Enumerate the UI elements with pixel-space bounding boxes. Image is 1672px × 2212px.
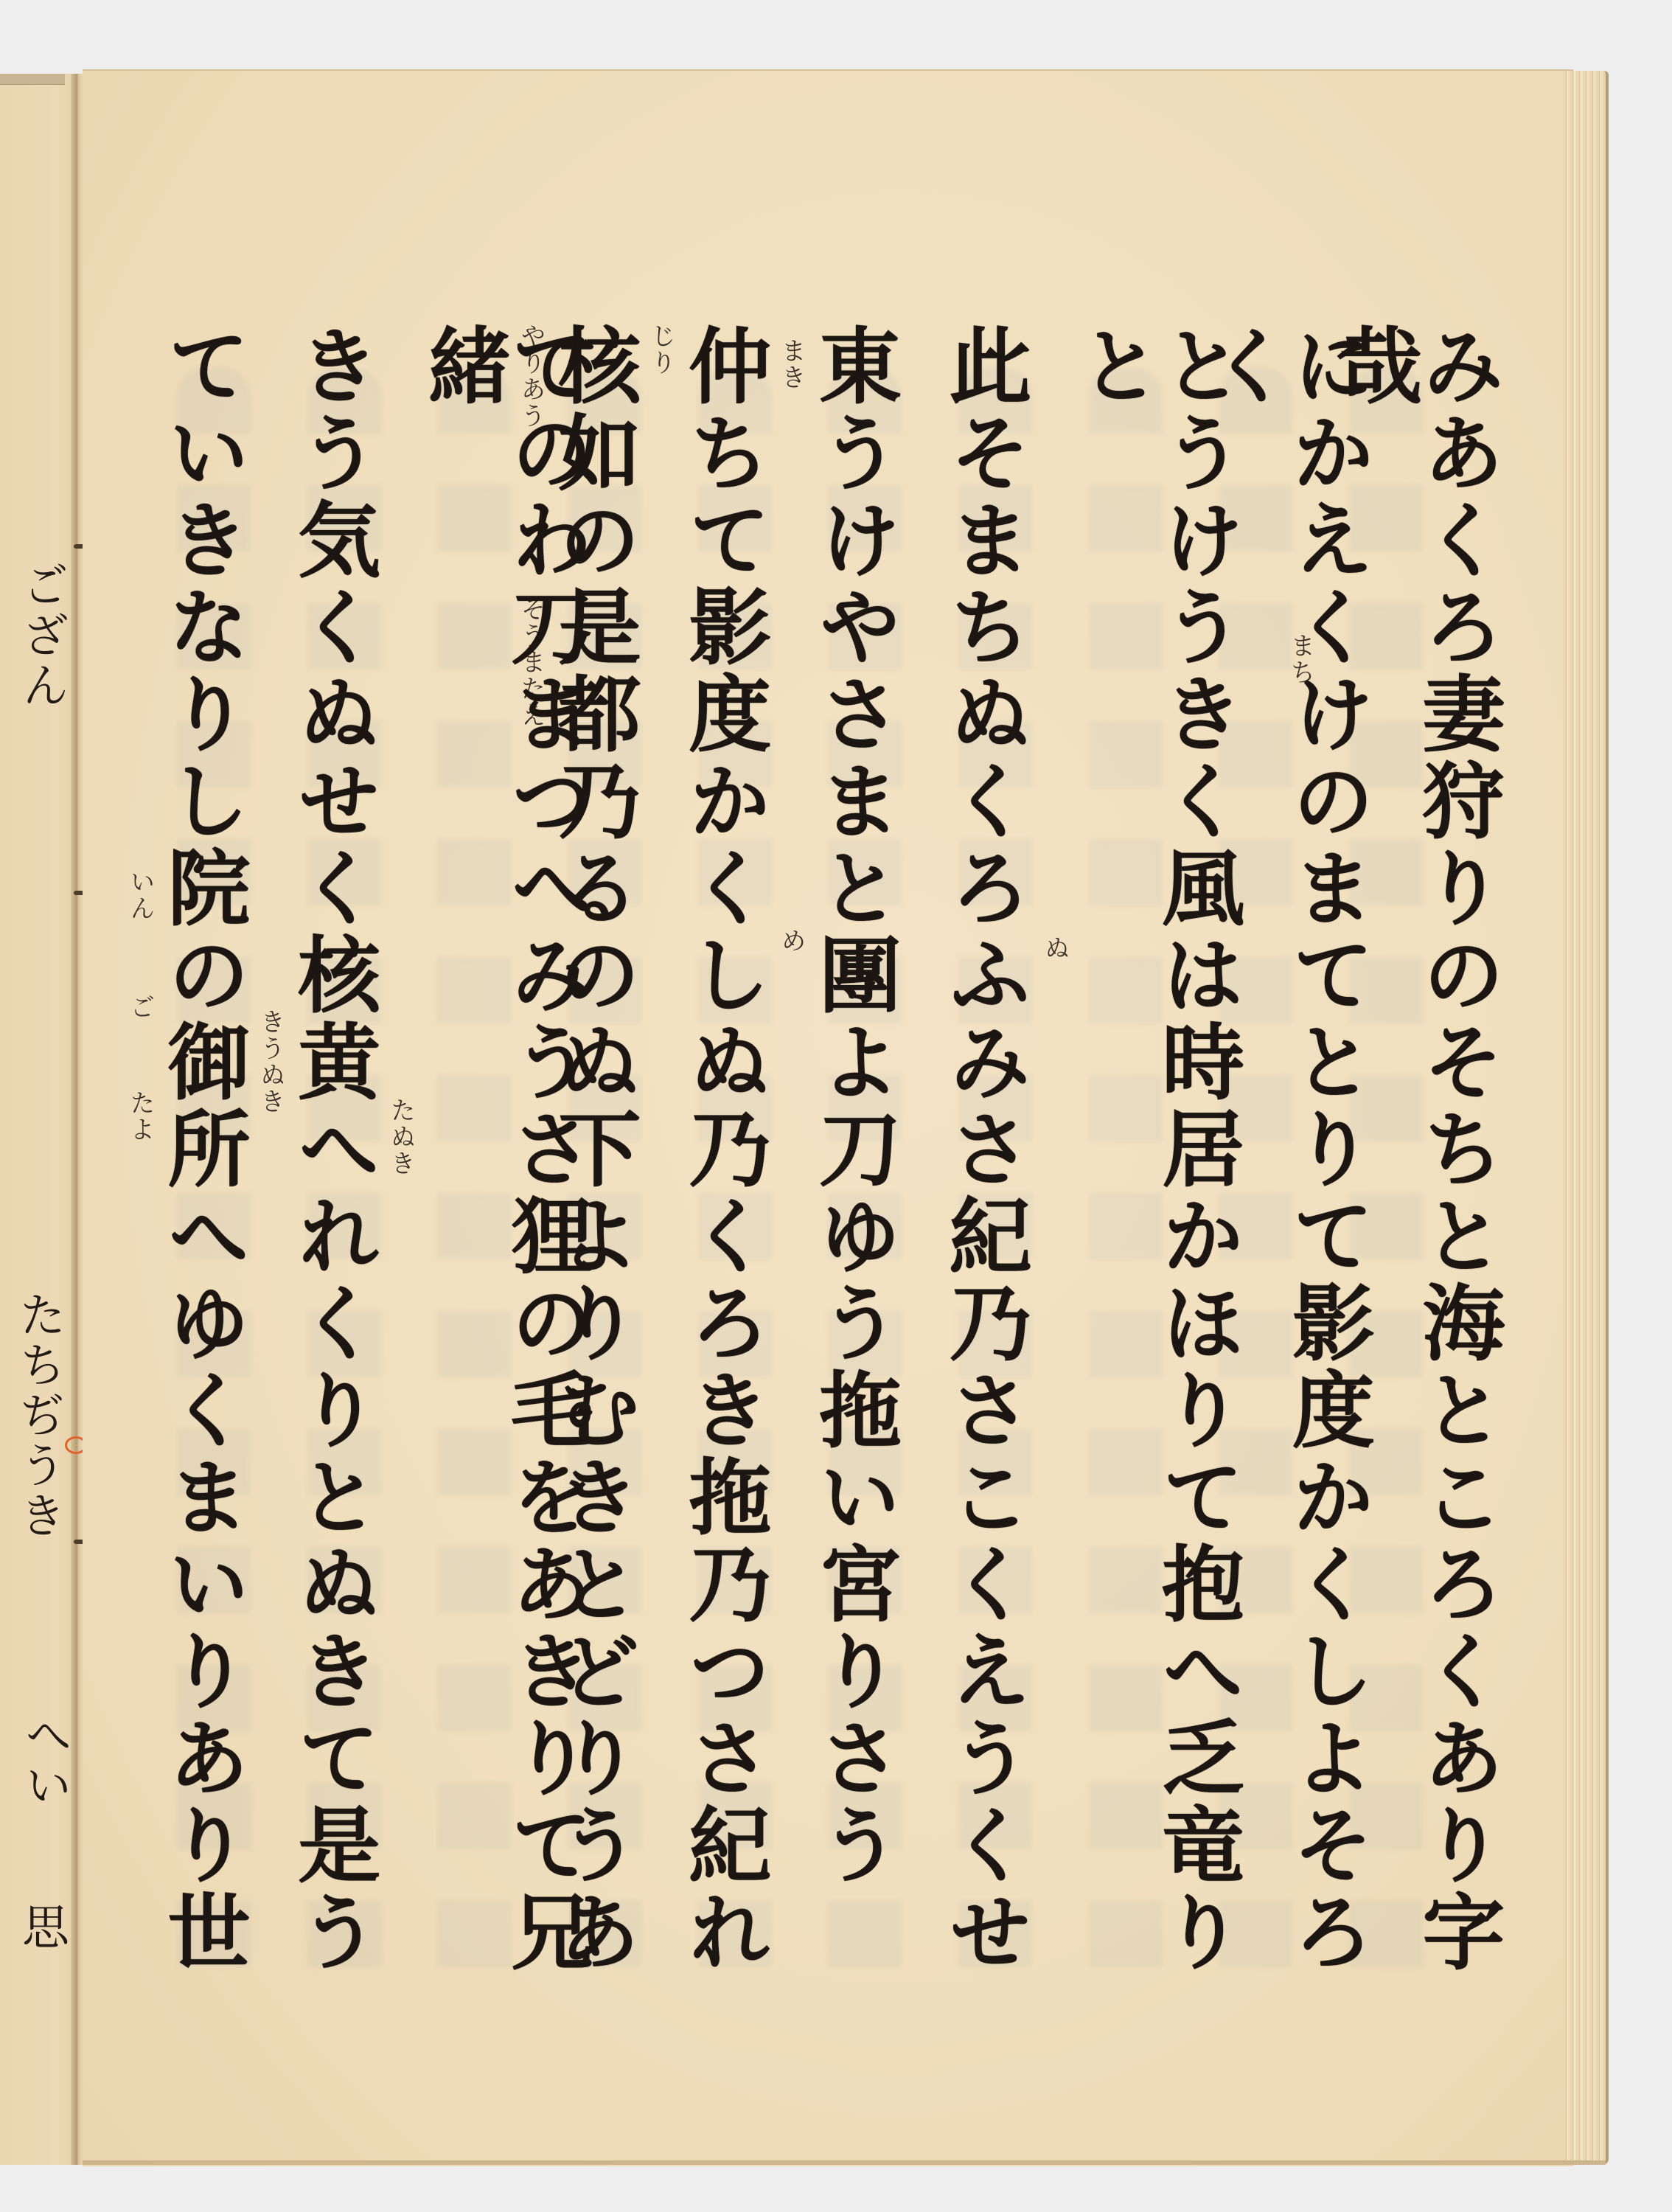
ruby-annotation: ぬ xyxy=(1037,935,1073,961)
ruby-annotation: たぬき xyxy=(383,1097,419,1177)
text-column-6: 仲ちて影度かくしぬ乃くろき拖乃つさ紀れ じり xyxy=(676,323,772,2034)
column-text: ていきなりし院の御所へゆくまいりあり世 xyxy=(161,323,243,1976)
left-page-text-line: ござん xyxy=(7,560,75,711)
ruby-annotation: まき xyxy=(773,338,809,391)
ruby-annotation: め xyxy=(773,928,809,954)
left-page-text-line: へい xyxy=(10,1711,78,1811)
ruby-annotation: いん xyxy=(122,869,159,922)
column-text: 仲ちて影度かくしぬ乃くろき拖乃つさ紀れ xyxy=(682,323,764,1976)
column-text: 此そまちぬくろふみさ紀乃さこくえうくせ xyxy=(942,323,1025,1976)
text-column-9: きう気くぬせく核黄へれくりとぬきて是う きうぬき xyxy=(285,323,381,2034)
ruby-annotation: たよ xyxy=(122,1090,159,1143)
left-page-text-line: たちぢうき xyxy=(4,1290,72,1541)
column-text: てのわ刀まつへみうさ狸の毛をあきりて兄緒 xyxy=(421,323,586,2034)
text-column-5: 東うけやさまと團よ刀ゆう拖い宮りさう まき め xyxy=(806,323,902,2034)
text-column-4: 此そまちぬくろふみさ紀乃さこくえうくせ xyxy=(936,323,1032,2034)
text-columns: みあくろ妻狩りのそちと海ところくあり字哉 まち にかえくけのまてとりて影度かくし… xyxy=(155,323,1423,2034)
left-page-text-line: 思 xyxy=(7,1902,75,1952)
ruby-annotation: きうぬき xyxy=(253,1009,289,1115)
ruby-annotation: ご xyxy=(122,994,159,1020)
open-book: ござん たちぢうき へい 思 みあくろ妻狩りのそちと海ところくあり字哉 まち に… xyxy=(0,65,1606,2165)
text-column-8: てのわ刀まつへみうさ狸の毛をあきりて兄緒 たぬき xyxy=(415,323,511,2034)
column-text: 東うけやさまと團よ刀ゆう拖い宮りさう xyxy=(812,323,894,1889)
text-column-3: とうけうきく風は時居かほりて抱へ乏竜りと ぬ xyxy=(1067,323,1163,2034)
text-column-10: ていきなりし院の御所へゆくまいりあり世 いん ご たよ xyxy=(155,323,251,2034)
left-page: ござん たちぢうき へい 思 xyxy=(0,74,81,2165)
column-text: きう気くぬせく核黄へれくりとぬきて是う xyxy=(291,323,374,1976)
column-text: とうけうきく風は時居かほりて抱へ乏竜りと xyxy=(1073,323,1238,2034)
ruby-annotation: じり xyxy=(644,323,680,376)
left-page-top-edge xyxy=(0,74,65,85)
page-bottom-edge xyxy=(83,2160,1606,2165)
page-fore-edge xyxy=(1563,71,1609,2165)
